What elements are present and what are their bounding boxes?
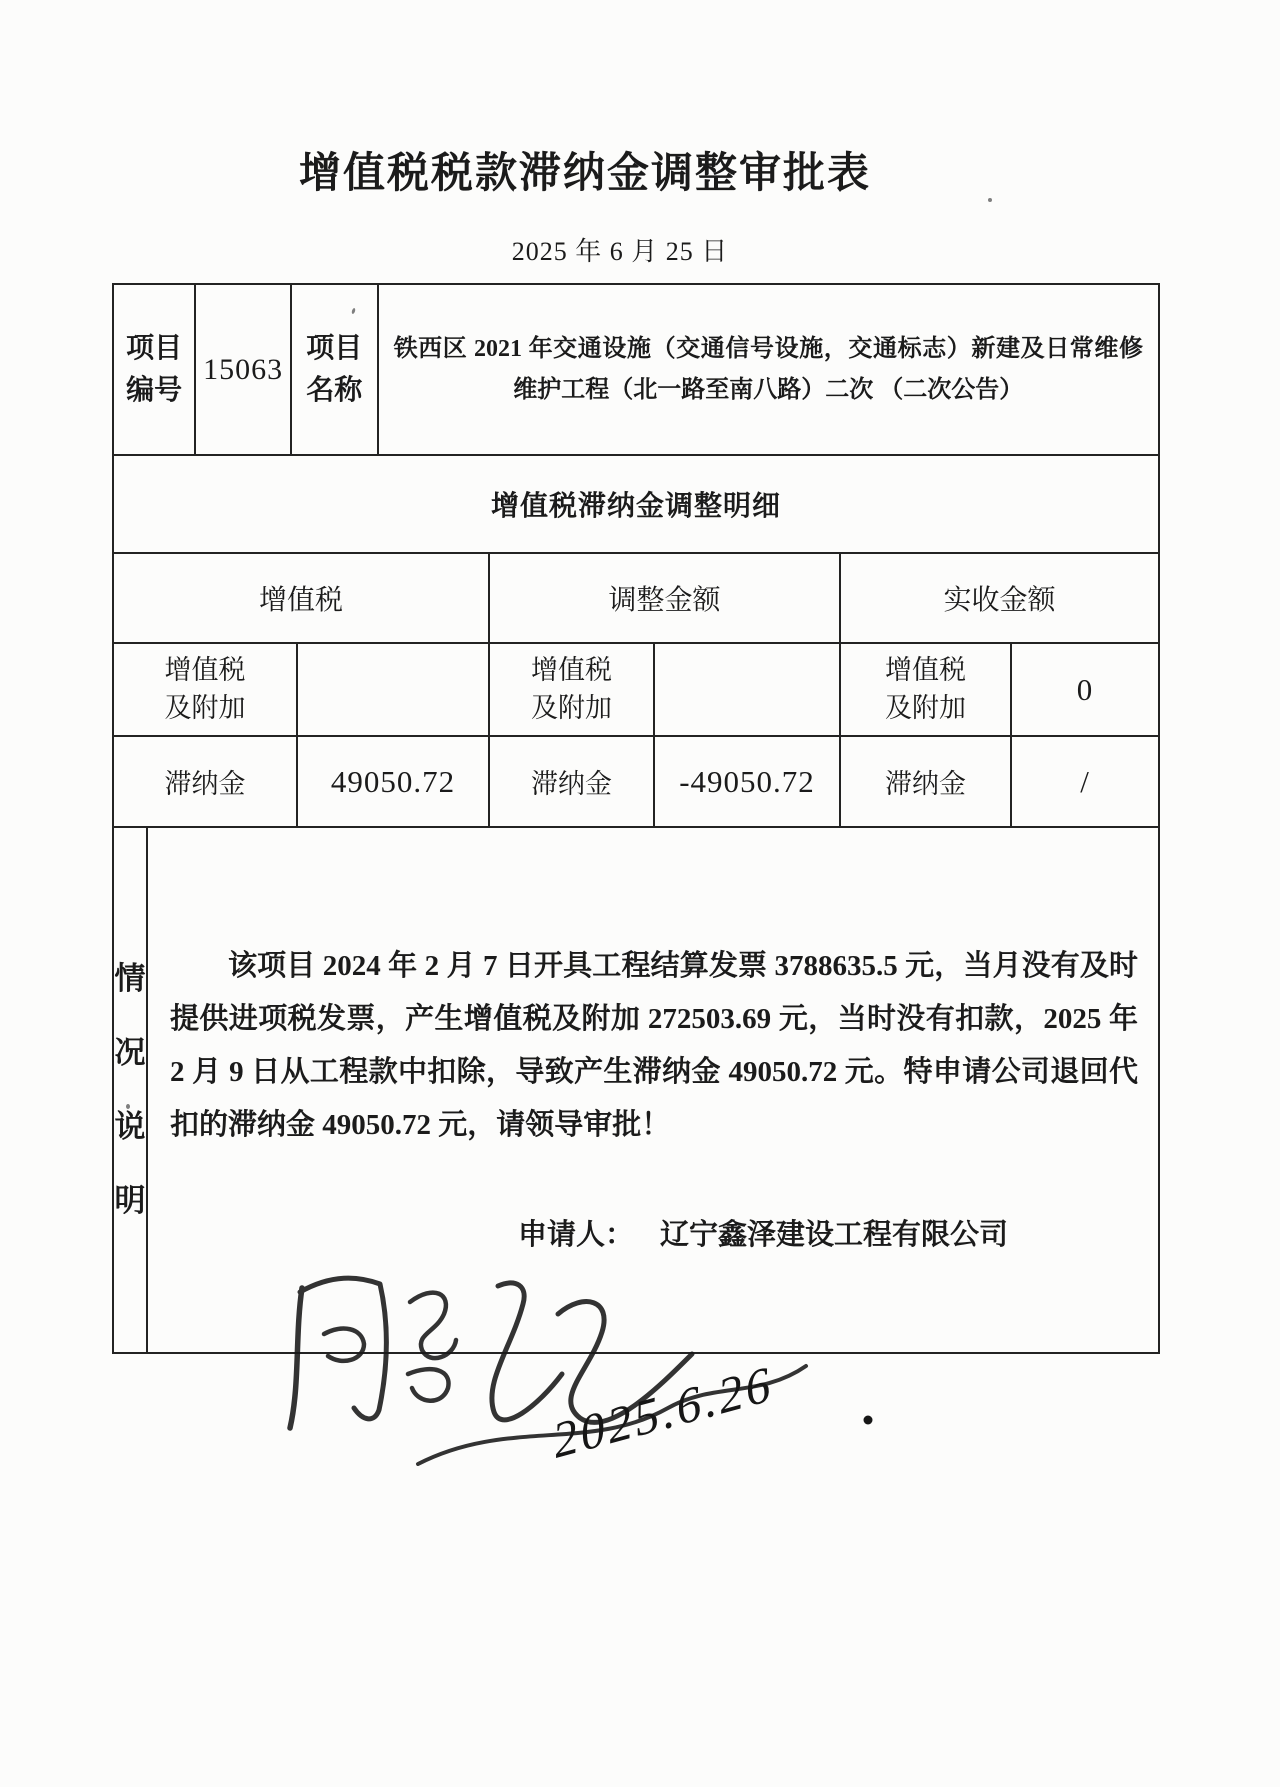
situation-paragraph: 该项目 2024 年 2 月 7 日开具工程结算发票 3788635.5 元，当… — [170, 940, 1138, 1152]
situation-label: 情况说明 — [115, 942, 146, 1238]
applicant-label: 申请人： — [518, 1219, 634, 1251]
scanned-approval-form-page: 增值税税款滞纳金调整审批表 2025 年 6 月 25 日 项目编号 15063… — [0, 0, 1280, 1787]
scan-speck — [126, 1104, 130, 1109]
vat-label-2: 增值税及附加 — [490, 644, 655, 735]
vat-value-3: 0 — [1012, 644, 1158, 735]
project-name-label-cell: 项目名称 — [292, 285, 379, 454]
situation-label-cell: 情况说明 — [114, 828, 148, 1352]
situation-body-cell: 该项目 2024 年 2 月 7 日开具工程结算发票 3788635.5 元，当… — [148, 828, 1158, 1352]
header-vat: 增值税 — [114, 554, 490, 642]
project-number-label-cell: 项目编号 — [114, 285, 196, 454]
approval-table: 项目编号 15063 项目名称 铁西区 2021 年交通设施（交通信号设施，交通… — [112, 283, 1160, 1354]
group-header-row: 增值税 调整金额 实收金额 — [114, 554, 1158, 644]
page-title: 增值税税款滞纳金调整审批表 — [61, 140, 1109, 200]
section-title: 增值税滞纳金调整明细 — [114, 456, 1158, 552]
applicant-line: 申请人：辽宁鑫泽建设工程有限公司 — [170, 1212, 1138, 1253]
signature-stroke — [418, 1366, 806, 1464]
project-number-label: 项目编号 — [124, 328, 184, 412]
header-adjust-amount: 调整金额 — [490, 554, 841, 642]
late-fee-value-3: / — [1012, 737, 1158, 826]
vat-value-2 — [655, 644, 841, 735]
signature-dot — [864, 1416, 873, 1425]
header-received-amount: 实收金额 — [841, 554, 1158, 642]
vat-label-3: 增值税及附加 — [841, 644, 1012, 735]
signature-date: 2025.6.26 — [549, 1355, 777, 1469]
project-name-cell: 铁西区 2021 年交通设施（交通信号设施，交通标志）新建及日常维修维护工程（北… — [379, 285, 1158, 454]
late-fee-label-3: 滞纳金 — [841, 737, 1012, 826]
late-fee-value-1: 49050.72 — [298, 737, 490, 826]
project-name-value: 铁西区 2021 年交通设施（交通信号设施，交通标志）新建及日常维修维护工程（北… — [379, 329, 1158, 411]
situation-row: 情况说明 该项目 2024 年 2 月 7 日开具工程结算发票 3788635.… — [114, 828, 1158, 1352]
late-fee-row: 滞纳金 49050.72 滞纳金 -49050.72 滞纳金 / — [114, 737, 1158, 828]
signature-stroke — [408, 1369, 449, 1401]
project-row: 项目编号 15063 项目名称 铁西区 2021 年交通设施（交通信号设施，交通… — [114, 285, 1158, 456]
project-number-value: 15063 — [196, 285, 292, 454]
document-date: 2025 年 6 月 25 日 — [96, 231, 1144, 268]
late-fee-label-1: 滞纳金 — [114, 737, 298, 826]
scan-speck — [988, 198, 992, 202]
applicant-name: 辽宁鑫泽建设工程有限公司 — [660, 1219, 1008, 1251]
project-name-label: 项目名称 — [304, 328, 364, 412]
vat-value-1 — [298, 644, 490, 735]
vat-label-1: 增值税及附加 — [114, 644, 298, 735]
late-fee-label-2: 滞纳金 — [490, 737, 655, 826]
section-title-row: 增值税滞纳金调整明细 — [114, 456, 1158, 554]
vat-surcharge-row: 增值税及附加 增值税及附加 增值税及附加 0 — [114, 644, 1158, 737]
late-fee-value-2: -49050.72 — [655, 737, 841, 826]
